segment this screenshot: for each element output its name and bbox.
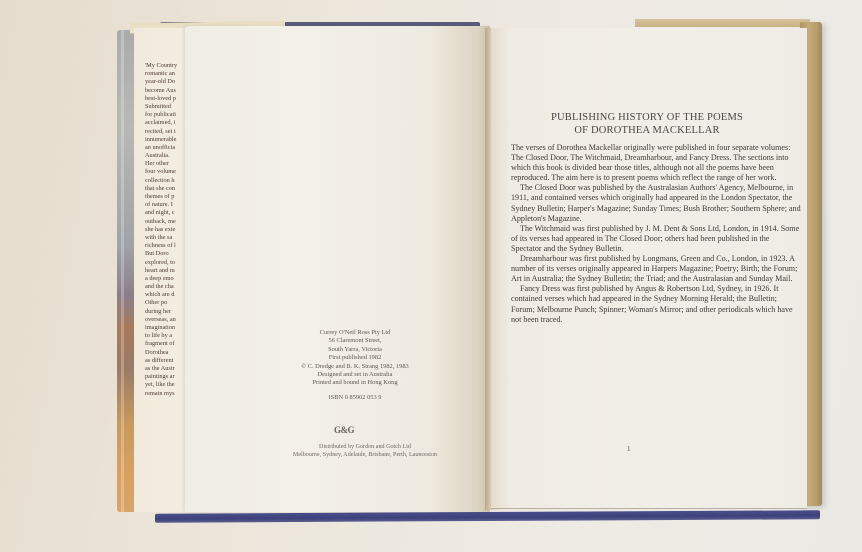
imprint-line: South Yarra, Victoria [225, 346, 485, 354]
flap-line: during her [145, 308, 190, 316]
flap-line: as the Austr [145, 365, 190, 373]
flap-line: with the sa [145, 234, 190, 242]
flap-line: outback, me [145, 218, 190, 226]
flap-line: to life by a [145, 332, 190, 340]
flap-line: collection h [145, 177, 190, 185]
flap-line: and night, c [145, 209, 190, 217]
body-paragraph: Dreamharbour was first published by Long… [511, 254, 801, 284]
flap-line: paintings ar [145, 373, 190, 381]
flap-line: But Doro [145, 250, 190, 258]
flap-line: Australia. [145, 152, 190, 160]
flap-line: Submitted [145, 103, 190, 111]
cover-bottom-edge [155, 510, 820, 522]
flap-line: acclaimed, i [145, 119, 190, 127]
dust-jacket-spine [117, 30, 134, 512]
distributor-block: Distributed by Gordon and Gotch Ltd Melb… [245, 444, 485, 460]
flap-line: remain mys [145, 390, 190, 398]
isbn: ISBN 0 85902 053 9 [225, 394, 485, 402]
flap-line: she has exte [145, 226, 190, 234]
heading-line: PUBLISHING HISTORY OF THE POEMS [491, 112, 803, 125]
flap-line: for publicati [145, 111, 190, 119]
flap-line: romantic an [145, 70, 190, 78]
flap-line: four volume [145, 168, 190, 176]
page-number: 1 [627, 445, 631, 453]
flap-line: as different [145, 357, 190, 365]
flap-line: best-loved p [145, 95, 190, 103]
flap-line: become Aus [145, 87, 190, 95]
flap-line: innumerable [145, 136, 190, 144]
flap-line: overseas, an [145, 316, 190, 324]
imprint-line: Printed and bound in Hong Kong [225, 379, 485, 387]
cover-right-top-edge [635, 19, 810, 27]
imprint-block: Currey O'Neil Ross Pty Ltd 56 Claremont … [225, 329, 485, 402]
imprint-line: Currey O'Neil Ross Pty Ltd [225, 329, 485, 337]
flap-line: recited, set t [145, 128, 190, 136]
body-paragraph: The verses of Dorothea Mackellar origina… [511, 143, 801, 183]
flap-line: Other po [145, 299, 190, 307]
page-heading: PUBLISHING HISTORY OF THE POEMS OF DOROT… [491, 112, 803, 137]
body-paragraph: The Witchmaid was first published by J. … [511, 224, 801, 254]
flap-line: richness of l [145, 242, 190, 250]
publishing-history-text: The verses of Dorothea Mackellar origina… [511, 143, 801, 325]
imprint-line: Designed and set in Australia [225, 371, 485, 379]
flap-line: a deep emo [145, 275, 190, 283]
flap-line: and the cha [145, 283, 190, 291]
flap-blurb-text: 'My Countryromantic anyear-old Dobecome … [145, 62, 190, 398]
book-photo: 'My Countryromantic anyear-old Dobecome … [0, 0, 862, 552]
distributor-line: Distributed by Gordon and Gotch Ltd [245, 444, 485, 452]
imprint-line: © C. Dredge and B. K. Strang 1982, 1983 [225, 363, 485, 371]
right-page: PUBLISHING HISTORY OF THE POEMS OF DOROT… [491, 28, 807, 509]
flap-line: imagination [145, 324, 190, 332]
flap-line: 'My Country [145, 62, 190, 70]
flap-line: heart and m [145, 267, 190, 275]
flap-line: Dorothea [145, 349, 190, 357]
flap-line: Her other [145, 160, 190, 168]
flap-line: explored, to [145, 259, 190, 267]
distributor-line: Melbourne, Sydney, Adelaide, Brisbane, P… [245, 452, 485, 460]
heading-line: OF DOROTHEA MACKELLAR [491, 125, 803, 138]
flap-line: year-old Do [145, 78, 190, 86]
distributor-logo-icon: G&G [332, 423, 356, 437]
body-paragraph: Fancy Dress was first published by Angus… [511, 284, 801, 324]
body-paragraph: The Closed Door was published by the Aus… [511, 183, 801, 223]
flap-line: fragment of [145, 340, 190, 348]
flap-line: which are d [145, 291, 190, 299]
flap-line: an unofficia [145, 144, 190, 152]
flap-line: that she con [145, 185, 190, 193]
imprint-line: First published 1982 [225, 354, 485, 362]
flap-line: themes of p [145, 193, 190, 201]
left-page: Currey O'Neil Ross Pty Ltd 56 Claremont … [185, 26, 490, 512]
flap-line: yet, like the [145, 381, 190, 389]
imprint-line: 56 Claremont Street, [225, 337, 485, 345]
flap-line: of nature. I [145, 201, 190, 209]
